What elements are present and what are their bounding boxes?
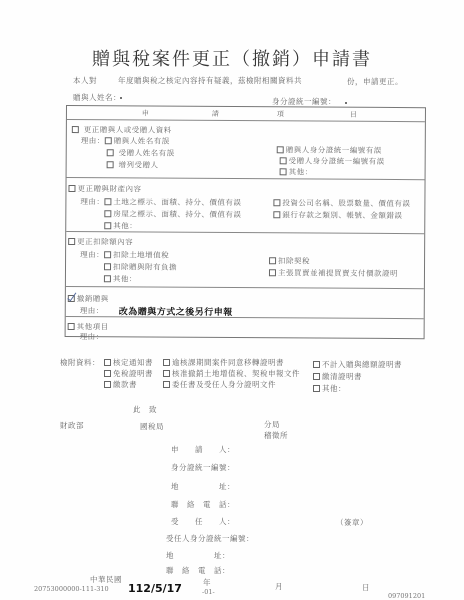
- ministry-label: 財政部: [60, 420, 84, 431]
- application-items-table: 申 請 項 目 更正贈與人或受贈人資料 理由： 贈與人姓名有誤 受贈人姓名有誤 …: [65, 105, 426, 339]
- section-property-content: 更正贈與財產內容 理由： 土地之標示、面積、持分、價值有誤 房屋之標示、面積、持…: [66, 178, 424, 234]
- section-other-items: 其他項目 理由：: [66, 317, 424, 340]
- agent-address-label: 地 址：: [166, 550, 230, 561]
- section-checkbox[interactable]: [68, 323, 75, 330]
- agent-phone-label: 聯 絡 電 話：: [166, 565, 230, 576]
- applicant-id-label: 身分證統一編號：: [171, 462, 235, 473]
- option[interactable]: 房屋之標示、面積、持分、價值有誤: [104, 208, 241, 220]
- attachment-checkbox[interactable]: [104, 381, 111, 388]
- option-checkbox[interactable]: [104, 198, 111, 205]
- table-header-cell: 目: [350, 110, 357, 120]
- option-checkbox[interactable]: [107, 161, 114, 168]
- attachment-checkbox[interactable]: [104, 359, 111, 366]
- reason-label: 理由：: [80, 249, 104, 260]
- month-label: 月: [275, 581, 283, 592]
- option-checkbox[interactable]: [280, 168, 287, 175]
- branch-office-label: 分局: [264, 419, 280, 430]
- option-checkbox[interactable]: [104, 210, 111, 217]
- option-checkbox[interactable]: [104, 222, 111, 229]
- option[interactable]: 扣除契稅: [269, 255, 310, 266]
- table-header-cell: 項: [277, 109, 284, 119]
- attachment-checkbox[interactable]: [104, 370, 111, 377]
- option-checkbox[interactable]: [105, 137, 112, 144]
- attachment-checkbox[interactable]: [163, 381, 170, 388]
- agent-id-label: 受任人身分證統一編號：: [166, 533, 254, 544]
- section-title[interactable]: 更正扣除額內容: [68, 236, 133, 247]
- intro-prefix: 本人對: [73, 75, 97, 86]
- option[interactable]: 其他：: [104, 273, 137, 284]
- form-title: 贈與稅案件更正（撤銷）申請書: [0, 45, 464, 71]
- option[interactable]: 土地之標示、面積、持分、價值有誤: [104, 196, 241, 208]
- section-donor-donee-info: 更正贈與人或受贈人資料 理由： 贈與人姓名有誤 受贈人姓名有誤 增列受贈人 贈與…: [67, 120, 425, 180]
- option-checkbox[interactable]: [269, 257, 276, 264]
- option[interactable]: 增列受贈人: [107, 159, 159, 170]
- attachment-option[interactable]: 繳清證明書: [313, 371, 362, 382]
- reason-label: 理由：: [80, 196, 104, 207]
- attachment-checkbox[interactable]: [163, 359, 170, 366]
- option[interactable]: 扣除贈與附有負擔: [104, 261, 177, 272]
- option[interactable]: 受贈人姓名有誤: [107, 147, 175, 158]
- revoke-reason-value[interactable]: 改為贈與方式之後另行申報: [119, 304, 233, 318]
- option[interactable]: 贈與人身分證統一編號有誤: [277, 144, 382, 156]
- attachment-option[interactable]: 免稅證明書: [104, 368, 153, 379]
- section-title[interactable]: 更正贈與人或受贈人資料: [72, 124, 172, 136]
- reason-label: 理由：: [80, 331, 104, 342]
- attachment-option[interactable]: 核定通知書: [104, 357, 153, 368]
- attachment-option[interactable]: 其他：: [313, 383, 346, 394]
- attachment-checkbox[interactable]: [313, 385, 320, 392]
- section-checkbox[interactable]: [68, 185, 75, 192]
- option[interactable]: 其他：: [104, 220, 137, 231]
- reason-label: 理由：: [80, 305, 104, 316]
- typed-date: 112/5/17: [128, 582, 182, 595]
- ink-speck: [120, 97, 122, 99]
- applicant-address-label: 地 址：: [171, 481, 235, 492]
- option[interactable]: 主張買賣並補提買賣支付價款證明: [269, 267, 398, 279]
- serial-number: 097091201: [388, 592, 425, 600]
- option[interactable]: 投資公司名稱、股票數量、價值有誤: [273, 197, 410, 209]
- option-checkbox[interactable]: [104, 251, 111, 258]
- reason-label: 理由：: [81, 135, 105, 146]
- collection-office-label: 稽徵所: [264, 430, 288, 441]
- attachment-option[interactable]: 繳款書: [104, 379, 137, 390]
- day-label: 日: [362, 582, 370, 593]
- applicant-name-label: 申 請 人：: [171, 444, 235, 455]
- attachment-checkbox[interactable]: [313, 373, 320, 380]
- form-code: 20753000000-111-310: [34, 585, 109, 593]
- page-mark: -01-: [202, 588, 215, 596]
- option-checkbox[interactable]: [107, 149, 114, 156]
- seal-label: （簽章）: [336, 517, 368, 528]
- attachment-checkbox[interactable]: [313, 361, 320, 368]
- attachments-label: 檢附資料：: [60, 357, 100, 368]
- table-header-cell: 申: [142, 108, 149, 118]
- option-checkbox[interactable]: [104, 275, 111, 282]
- section-checkbox[interactable]: [72, 126, 79, 133]
- document-page: 贈與稅案件更正（撤銷）申請書 本人對 年度贈與稅之核定內容持有疑義，茲檢附相關資…: [0, 0, 464, 600]
- attachment-checkbox[interactable]: [163, 370, 170, 377]
- section-revoke-gift: 撤銷贈與 理由： 改為贈與方式之後另行申報: [66, 287, 424, 319]
- option[interactable]: 銀行存款之類別、帳號、金額錯誤: [273, 209, 402, 221]
- option[interactable]: 受贈人身分證統一編號有誤: [280, 155, 385, 167]
- attachment-option[interactable]: 委任書及受任人身分證明文件: [163, 379, 276, 390]
- intro-middle: 年度贈與稅之核定內容持有疑義，茲檢附相關資料共: [118, 75, 302, 86]
- option-checkbox[interactable]: [273, 199, 280, 206]
- applicant-phone-label: 聯 絡 電 話：: [171, 499, 235, 510]
- option[interactable]: 贈與人姓名有誤: [105, 135, 170, 146]
- option[interactable]: 扣除土地增值稅: [104, 249, 169, 260]
- option[interactable]: 其他：: [280, 166, 313, 177]
- option-checkbox[interactable]: [277, 146, 284, 153]
- donor-name-label: 贈與人姓名：: [73, 92, 121, 103]
- section-checkbox[interactable]: [68, 238, 75, 245]
- agent-label: 受 任 人：: [171, 516, 235, 527]
- attachment-option[interactable]: 不計入贈與總額證明書: [313, 359, 402, 370]
- section-deduction-content: 更正扣除額內容 理由： 扣除土地增值稅 扣除贈與附有負擔 其他： 扣除契稅 主張…: [66, 232, 424, 289]
- attachment-option[interactable]: 核准撤銷土地增值稅、契稅申報文件: [163, 368, 300, 379]
- option-checkbox[interactable]: [104, 263, 111, 270]
- year-label: 年: [203, 577, 211, 588]
- bureau-label: 國稅局: [140, 421, 164, 432]
- table-header-cell: 請: [212, 109, 219, 119]
- option-checkbox[interactable]: [273, 211, 280, 218]
- option-checkbox[interactable]: [269, 269, 276, 276]
- section-title[interactable]: 更正贈與財產內容: [68, 183, 141, 194]
- intro-suffix: 份，申請更正。: [347, 76, 403, 87]
- section-checkbox-checked[interactable]: [68, 295, 75, 302]
- attachment-option[interactable]: 逾核課期間案件同意移轉證明書: [163, 357, 284, 368]
- section-title[interactable]: 撤銷贈與: [68, 293, 109, 304]
- option-checkbox[interactable]: [280, 157, 287, 164]
- ink-speck: [345, 102, 347, 104]
- salutation: 此 致: [133, 404, 157, 415]
- era-label: 中華民國: [90, 574, 122, 585]
